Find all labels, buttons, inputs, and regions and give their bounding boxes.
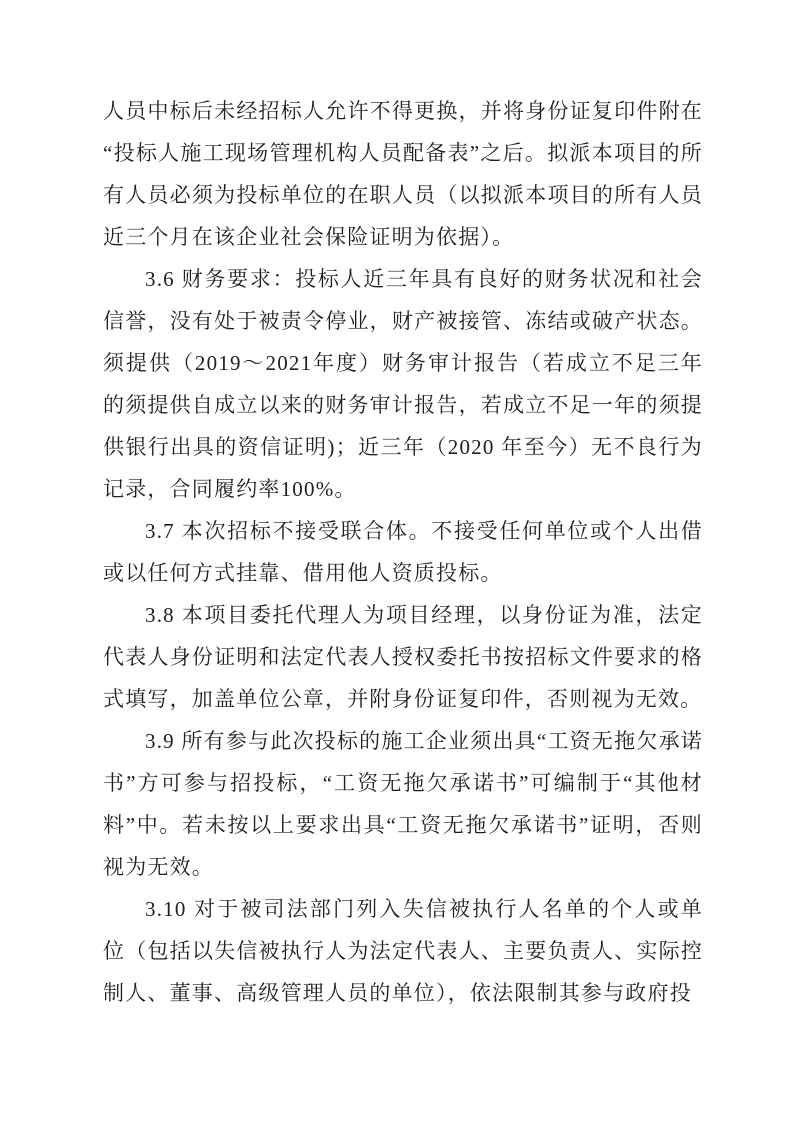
paragraph-continuation: 人员中标后未经招标人允许不得更换，并将身份证复印件附在“投标人施工现场管理机构人… — [103, 90, 703, 258]
paragraph-clause-3-10: 3.10 对于被司法部门列入失信被执行人名单的个人或单位（包括以失信被执行人为法… — [103, 888, 703, 1014]
paragraph-clause-3-9: 3.9 所有参与此次投标的施工企业须出具“工资无拖欠承诺书”方可参与招投标，“工… — [103, 720, 703, 888]
document-body: 人员中标后未经招标人允许不得更换，并将身份证复印件附在“投标人施工现场管理机构人… — [103, 90, 703, 1014]
paragraph-clause-3-7: 3.7 本次招标不接受联合体。不接受任何单位或个人出借或以任何方式挂靠、借用他人… — [103, 510, 703, 594]
paragraph-clause-3-8: 3.8 本项目委托代理人为项目经理，以身份证为准，法定代表人身份证明和法定代表人… — [103, 594, 703, 720]
document-page: 人员中标后未经招标人允许不得更换，并将身份证复印件附在“投标人施工现场管理机构人… — [0, 0, 800, 1131]
paragraph-clause-3-6: 3.6 财务要求：投标人近三年具有良好的财务状况和社会信誉，没有处于被责令停业，… — [103, 258, 703, 510]
